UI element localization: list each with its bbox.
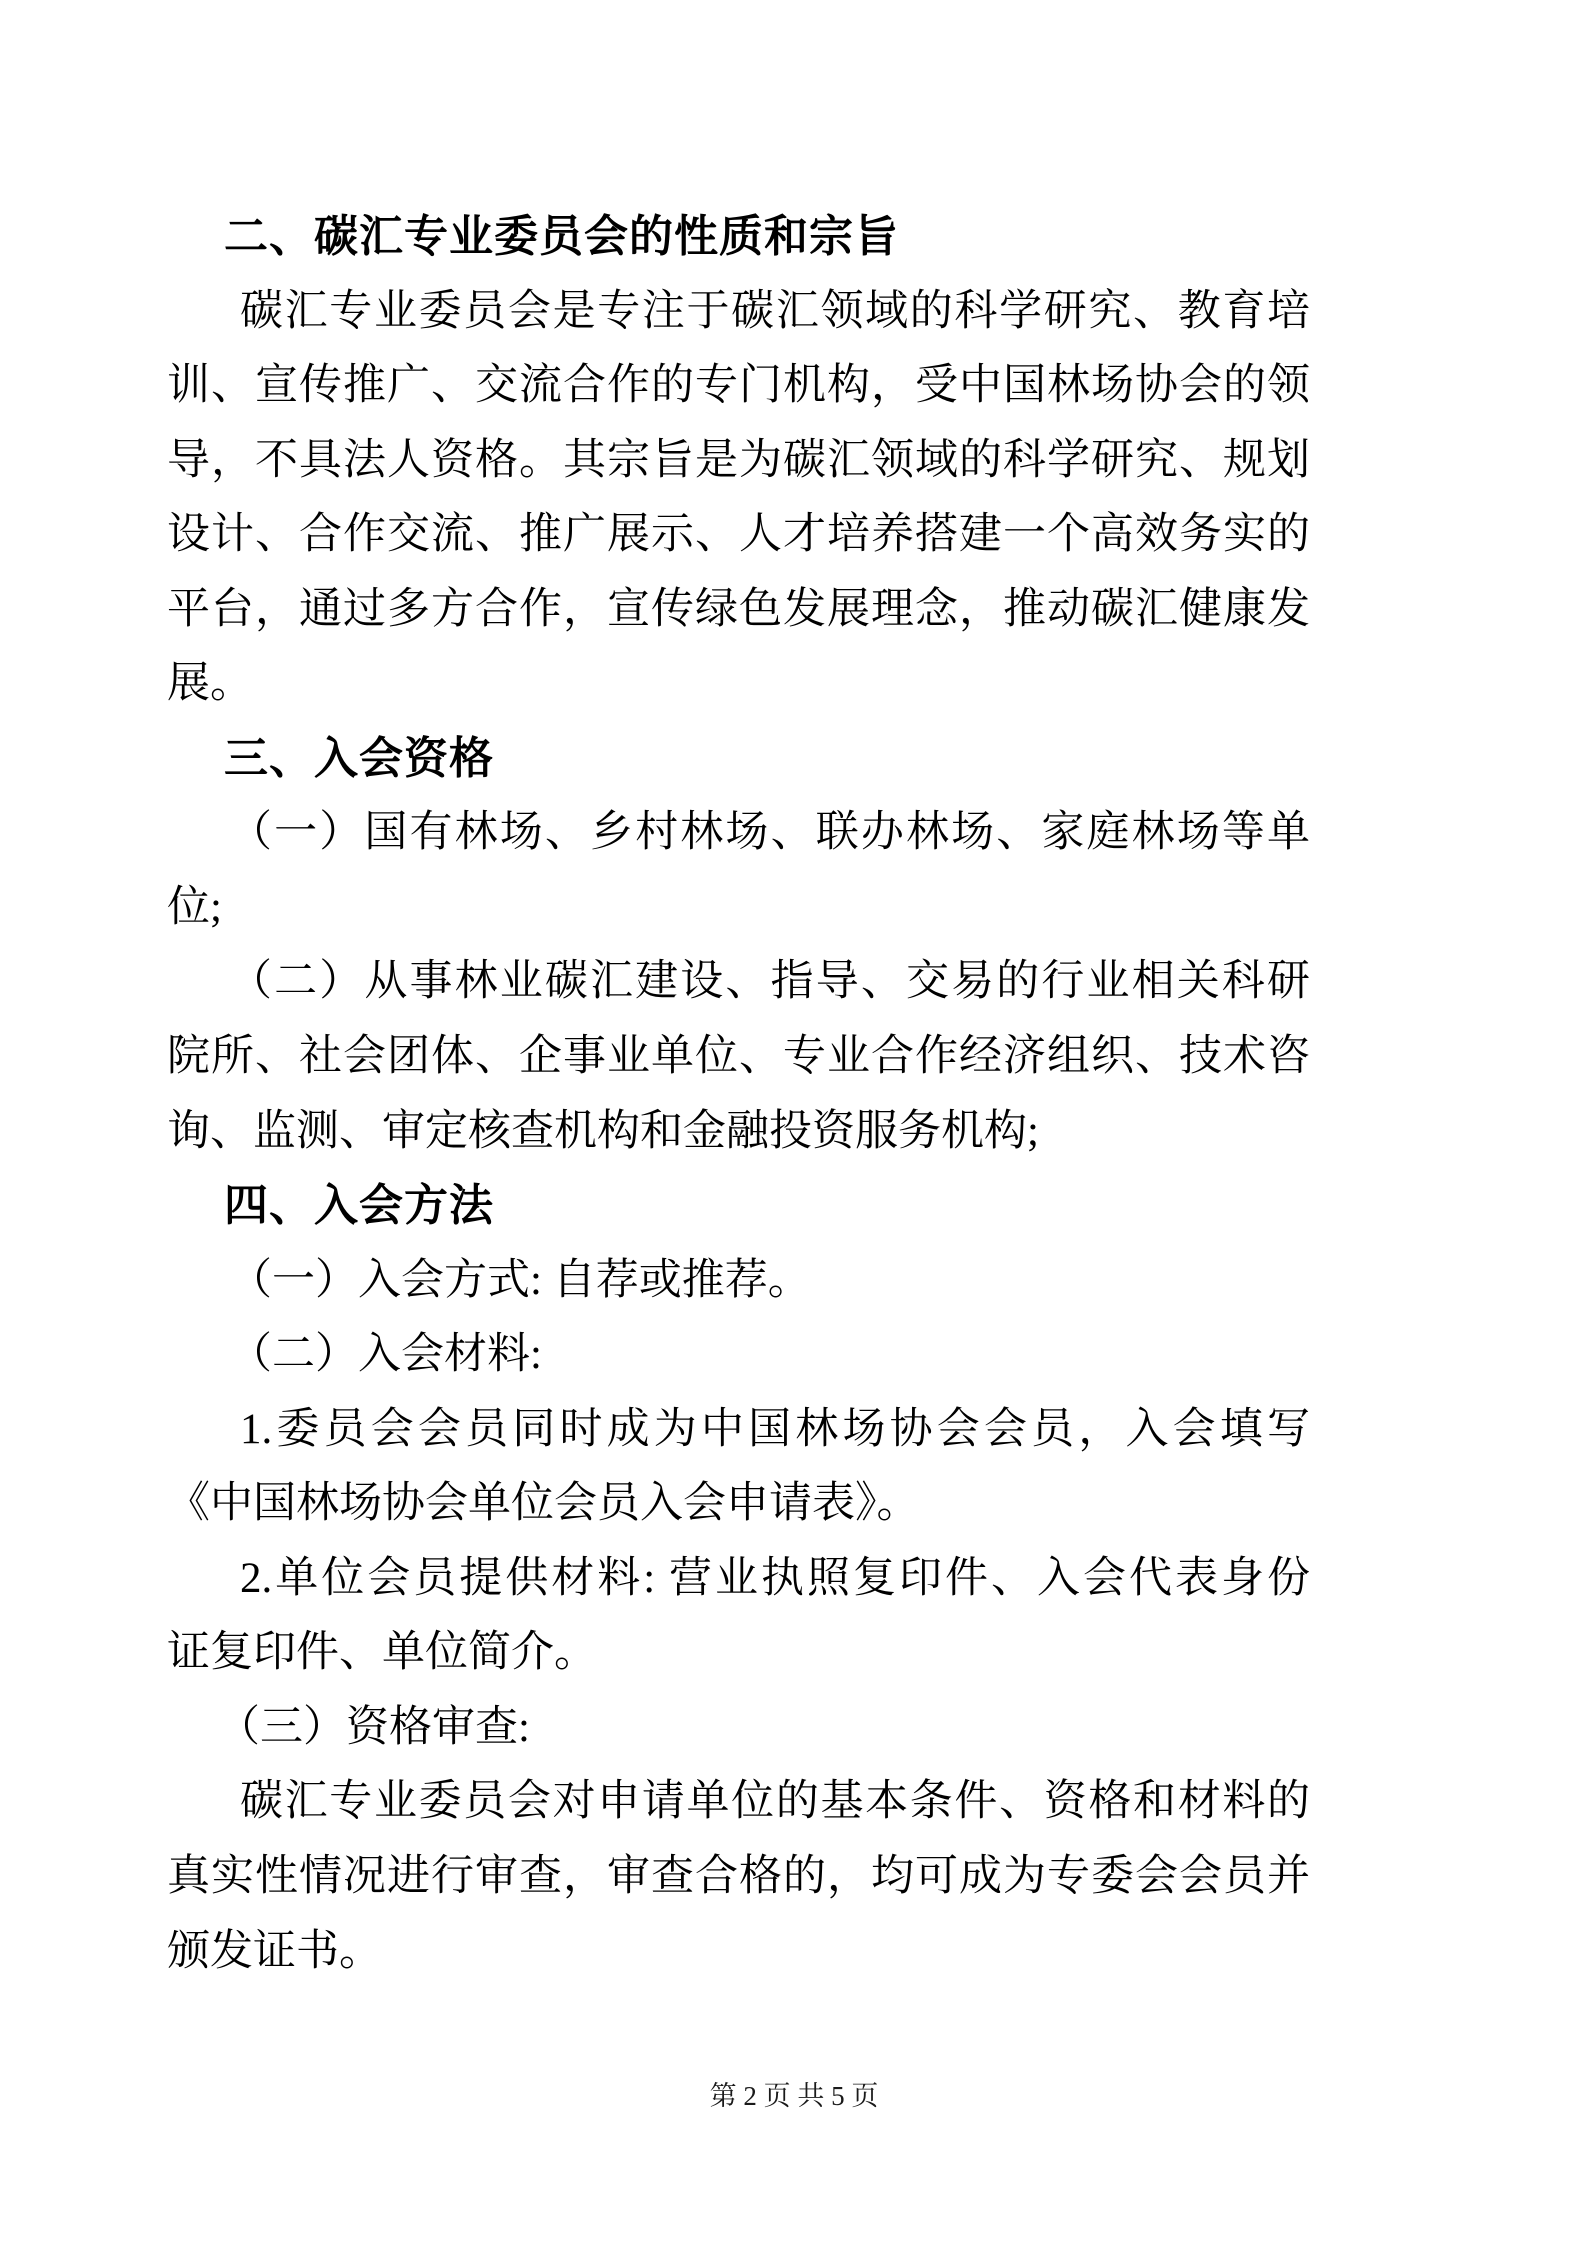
- paragraph-line: 设计、合作交流、推广展示、人才培养搭建一个高效务实的: [167, 498, 1310, 573]
- paragraph-line: 碳汇专业委员会对申请单位的基本条件、资格和材料的: [167, 1765, 1310, 1840]
- paragraph-line: 碳汇专业委员会是专注于碳汇领域的科学研究、教育培: [167, 275, 1310, 350]
- paragraph-line: 训、宣传推广、交流合作的专门机构，受中国林场协会的领: [167, 349, 1310, 424]
- section-heading-3: 三、入会资格: [167, 722, 1310, 797]
- paragraph-line: 颁发证书。: [167, 1915, 1310, 1990]
- list-item-line: 位;: [167, 871, 1310, 946]
- paragraph-line: 导，不具法人资格。其宗旨是为碳汇领域的科学研究、规划: [167, 424, 1310, 499]
- numbered-item-line: 1.委员会会员同时成为中国林场协会会员，入会填写: [167, 1393, 1310, 1468]
- list-item-line: （一）国有林场、乡村林场、联办林场、家庭林场等单: [167, 796, 1310, 871]
- list-item-line: （三）资格审查:: [167, 1691, 1310, 1766]
- list-item-line: 院所、社会团体、企事业单位、专业合作经济组织、技术咨: [167, 1020, 1310, 1095]
- document-page: 二、碳汇专业委员会的性质和宗旨 碳汇专业委员会是专注于碳汇领域的科学研究、教育培…: [0, 0, 1588, 2245]
- numbered-item-line: 2.单位会员提供材料: 营业执照复印件、入会代表身份: [167, 1542, 1310, 1617]
- numbered-item-line: 《中国林场协会单位会员入会申请表》。: [167, 1467, 1310, 1542]
- paragraph-line: 平台，通过多方合作，宣传绿色发展理念，推动碳汇健康发: [167, 573, 1310, 648]
- list-item-line: （一）入会方式: 自荐或推荐。: [167, 1244, 1310, 1319]
- page-number-footer: 第 2 页 共 5 页: [0, 2076, 1588, 2116]
- list-item-line: 询、监测、审定核查机构和金融投资服务机构;: [167, 1095, 1310, 1170]
- paragraph-line: 真实性情况进行审查，审查合格的，均可成为专委会会员并: [167, 1840, 1310, 1915]
- section-heading-2: 二、碳汇专业委员会的性质和宗旨: [167, 200, 1310, 275]
- numbered-item-line: 证复印件、单位简介。: [167, 1616, 1310, 1691]
- paragraph-line: 展。: [167, 647, 1310, 722]
- list-item-line: （二）从事林业碳汇建设、指导、交易的行业相关科研: [167, 945, 1310, 1020]
- section-heading-4: 四、入会方法: [167, 1169, 1310, 1244]
- list-item-line: （二）入会材料:: [167, 1318, 1310, 1393]
- document-body: 二、碳汇专业委员会的性质和宗旨 碳汇专业委员会是专注于碳汇领域的科学研究、教育培…: [167, 200, 1310, 1989]
